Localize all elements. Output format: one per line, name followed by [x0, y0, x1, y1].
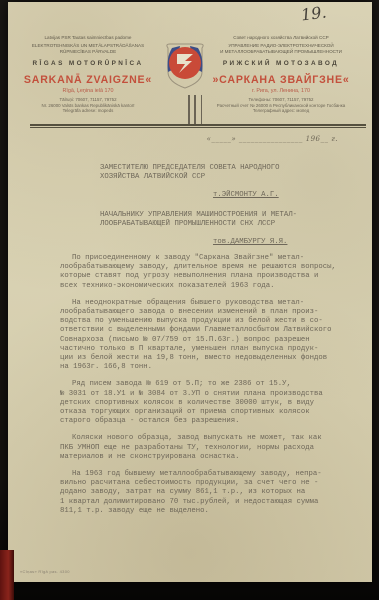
- recipient-name: т.ЭЙСМОНТУ А.Г.: [213, 191, 362, 199]
- letterhead-latvian: Latvijas PSR Tautas saimniecības padome …: [20, 35, 156, 114]
- body-paragraph: На неоднократные обращения бывшего руков…: [60, 299, 358, 373]
- body-paragraph: На 1963 год бывшему металлообрабатывающе…: [60, 470, 358, 516]
- contact-info-lv: Tālruņi: 70607, 71157, 79752 Nr. 26000 V…: [20, 97, 156, 114]
- body-paragraph: Ряд писем завода № 619 от 5.П; то же 238…: [60, 380, 358, 426]
- authority-line-ru: Совет народного хозяйства Латвийской ССР: [198, 35, 364, 41]
- book-spine-edge: [0, 550, 14, 600]
- department-line-ru: УПРАВЛЕНИЕ РАДИО-ЭЛЕКТРОТЕХНИЧЕСКОЙ И МЕ…: [198, 43, 364, 55]
- date-blank-line: «_____» ________________ 196__ г.: [207, 135, 338, 143]
- department-line-lv: ELEKTROTEHNISKĀS UN METĀLAPSTRĀDĀŠANAS R…: [20, 43, 156, 55]
- body-paragraph: По присоединенному к заводу "Саркана Зва…: [60, 254, 358, 291]
- contact-info-ru: Телефоны: 70607, 71157, 79752 Расчетный …: [198, 97, 364, 114]
- authority-line-lv: Latvijas PSR Tautas saimniecības padome: [20, 35, 156, 41]
- address-lv: Rīgā, Ļeņina ielā 170: [20, 88, 156, 94]
- scanned-page-background: 19. Latvijas PSR Tautas saimniecības pad…: [0, 0, 379, 600]
- letterhead-divider: [30, 124, 366, 128]
- recipient-title: НАЧАЛЬНИКУ УПРАВЛЕНИЯ МАШИНОСТРОЕНИЯ И М…: [100, 211, 362, 229]
- factory-name-ru: РИЖСКИЙ МОТОЗАВОД: [198, 60, 364, 67]
- printer-imprint: «Cīņas» Rīgā pas. 4300: [20, 569, 70, 574]
- body-paragraph: Коляски нового образца, завод выпускать …: [60, 434, 358, 462]
- address-ru: г. Рига, ул. Ленина, 170: [198, 88, 364, 94]
- letter-sheet: 19. Latvijas PSR Tautas saimniecības pad…: [8, 2, 372, 582]
- brand-name-lv: SARKANĀ ZVAIGZNE«: [20, 74, 156, 86]
- letterhead-russian: Совет народного хозяйства Латвийской ССР…: [198, 35, 364, 114]
- letter-body: По присоединенному к заводу "Саркана Зва…: [60, 254, 358, 524]
- handwritten-page-number: 19.: [300, 3, 328, 25]
- recipient-name: тов.ДАМБУРГУ Я.Я.: [213, 238, 362, 246]
- recipient-block: ЗАМЕСТИТЕЛЮ ПРЕДСЕДАТЕЛЯ СОВЕТА НАРОДНОГ…: [100, 164, 362, 258]
- recipient-title: ЗАМЕСТИТЕЛЮ ПРЕДСЕДАТЕЛЯ СОВЕТА НАРОДНОГ…: [100, 164, 362, 182]
- brand-name-ru: »САРКАНА ЗВАЙГЗНЕ«: [198, 74, 364, 86]
- factory-name-lv: RĪGAS MOTORŪPNĪCA: [20, 60, 156, 67]
